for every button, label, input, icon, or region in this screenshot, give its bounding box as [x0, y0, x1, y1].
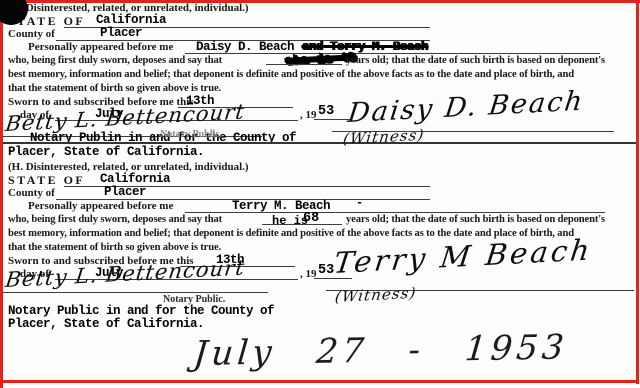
- scan-border-bottom: [0, 380, 638, 383]
- body-line1-rest: years old; that the date of such birth i…: [346, 214, 605, 225]
- body-line1-lead: who, being first duly sworn, deposes and…: [8, 55, 222, 66]
- affidavit-section-2: (H. Disinterested, related, or unrelated…: [0, 158, 640, 330]
- appeared-underline: [185, 212, 605, 213]
- notary-typed-line2: Placer, State of California.: [8, 317, 204, 331]
- handwritten-date-note: July 27 - 1953: [192, 327, 569, 374]
- appeared-underline: [185, 53, 600, 54]
- scan-border-left: [0, 0, 3, 388]
- deponent-name: Daisy D. Beach: [196, 40, 294, 54]
- age-underline: [266, 64, 342, 65]
- year-underline: [314, 119, 350, 120]
- witness-label: (Witness): [334, 284, 417, 306]
- state-value: California: [100, 172, 170, 186]
- county-value: Placer: [104, 185, 146, 199]
- scan-border-top: [0, 0, 640, 3]
- appeared-dash-mark: -: [356, 196, 363, 210]
- notary-signature-underline: [0, 292, 268, 293]
- witness-label: (Witness): [342, 126, 425, 148]
- section-divider-rule: [0, 142, 636, 144]
- county-value: Placer: [100, 26, 142, 40]
- state-value: California: [96, 13, 166, 27]
- age-underline: [262, 224, 342, 225]
- scan-border-right: [636, 0, 639, 384]
- year-value: 53: [318, 104, 334, 119]
- county-label: County of: [8, 187, 55, 199]
- body-line1-rest: years old; that the date of such birth i…: [346, 55, 605, 66]
- witness-signature: Terry M Beach: [332, 233, 594, 280]
- appeared-label: Personally appeared before me: [28, 200, 173, 212]
- notary-printed-label: Notary Public.: [160, 129, 222, 140]
- notary-typed-line2: Placer, State of California.: [8, 145, 204, 159]
- notary-typed-line1: Notary Public in and for the County of: [8, 304, 274, 318]
- body-line3: that the statement of birth so given abo…: [8, 83, 221, 94]
- scanned-affidavit-document: (H. Disinterested, related, or unrelated…: [0, 0, 640, 388]
- body-line3: that the statement of birth so given abo…: [8, 242, 221, 253]
- affidavit-section-1: (H. Disinterested, related, or unrelated…: [0, 0, 640, 158]
- county-label: County of: [8, 28, 55, 40]
- appeared-label: Personally appeared before me: [28, 41, 173, 53]
- body-line2: best memory, information and belief; tha…: [8, 69, 574, 80]
- witness-signature: Daisy D. Beach: [346, 86, 586, 129]
- body-line1-lead: who, being first duly sworn, deposes and…: [8, 214, 222, 225]
